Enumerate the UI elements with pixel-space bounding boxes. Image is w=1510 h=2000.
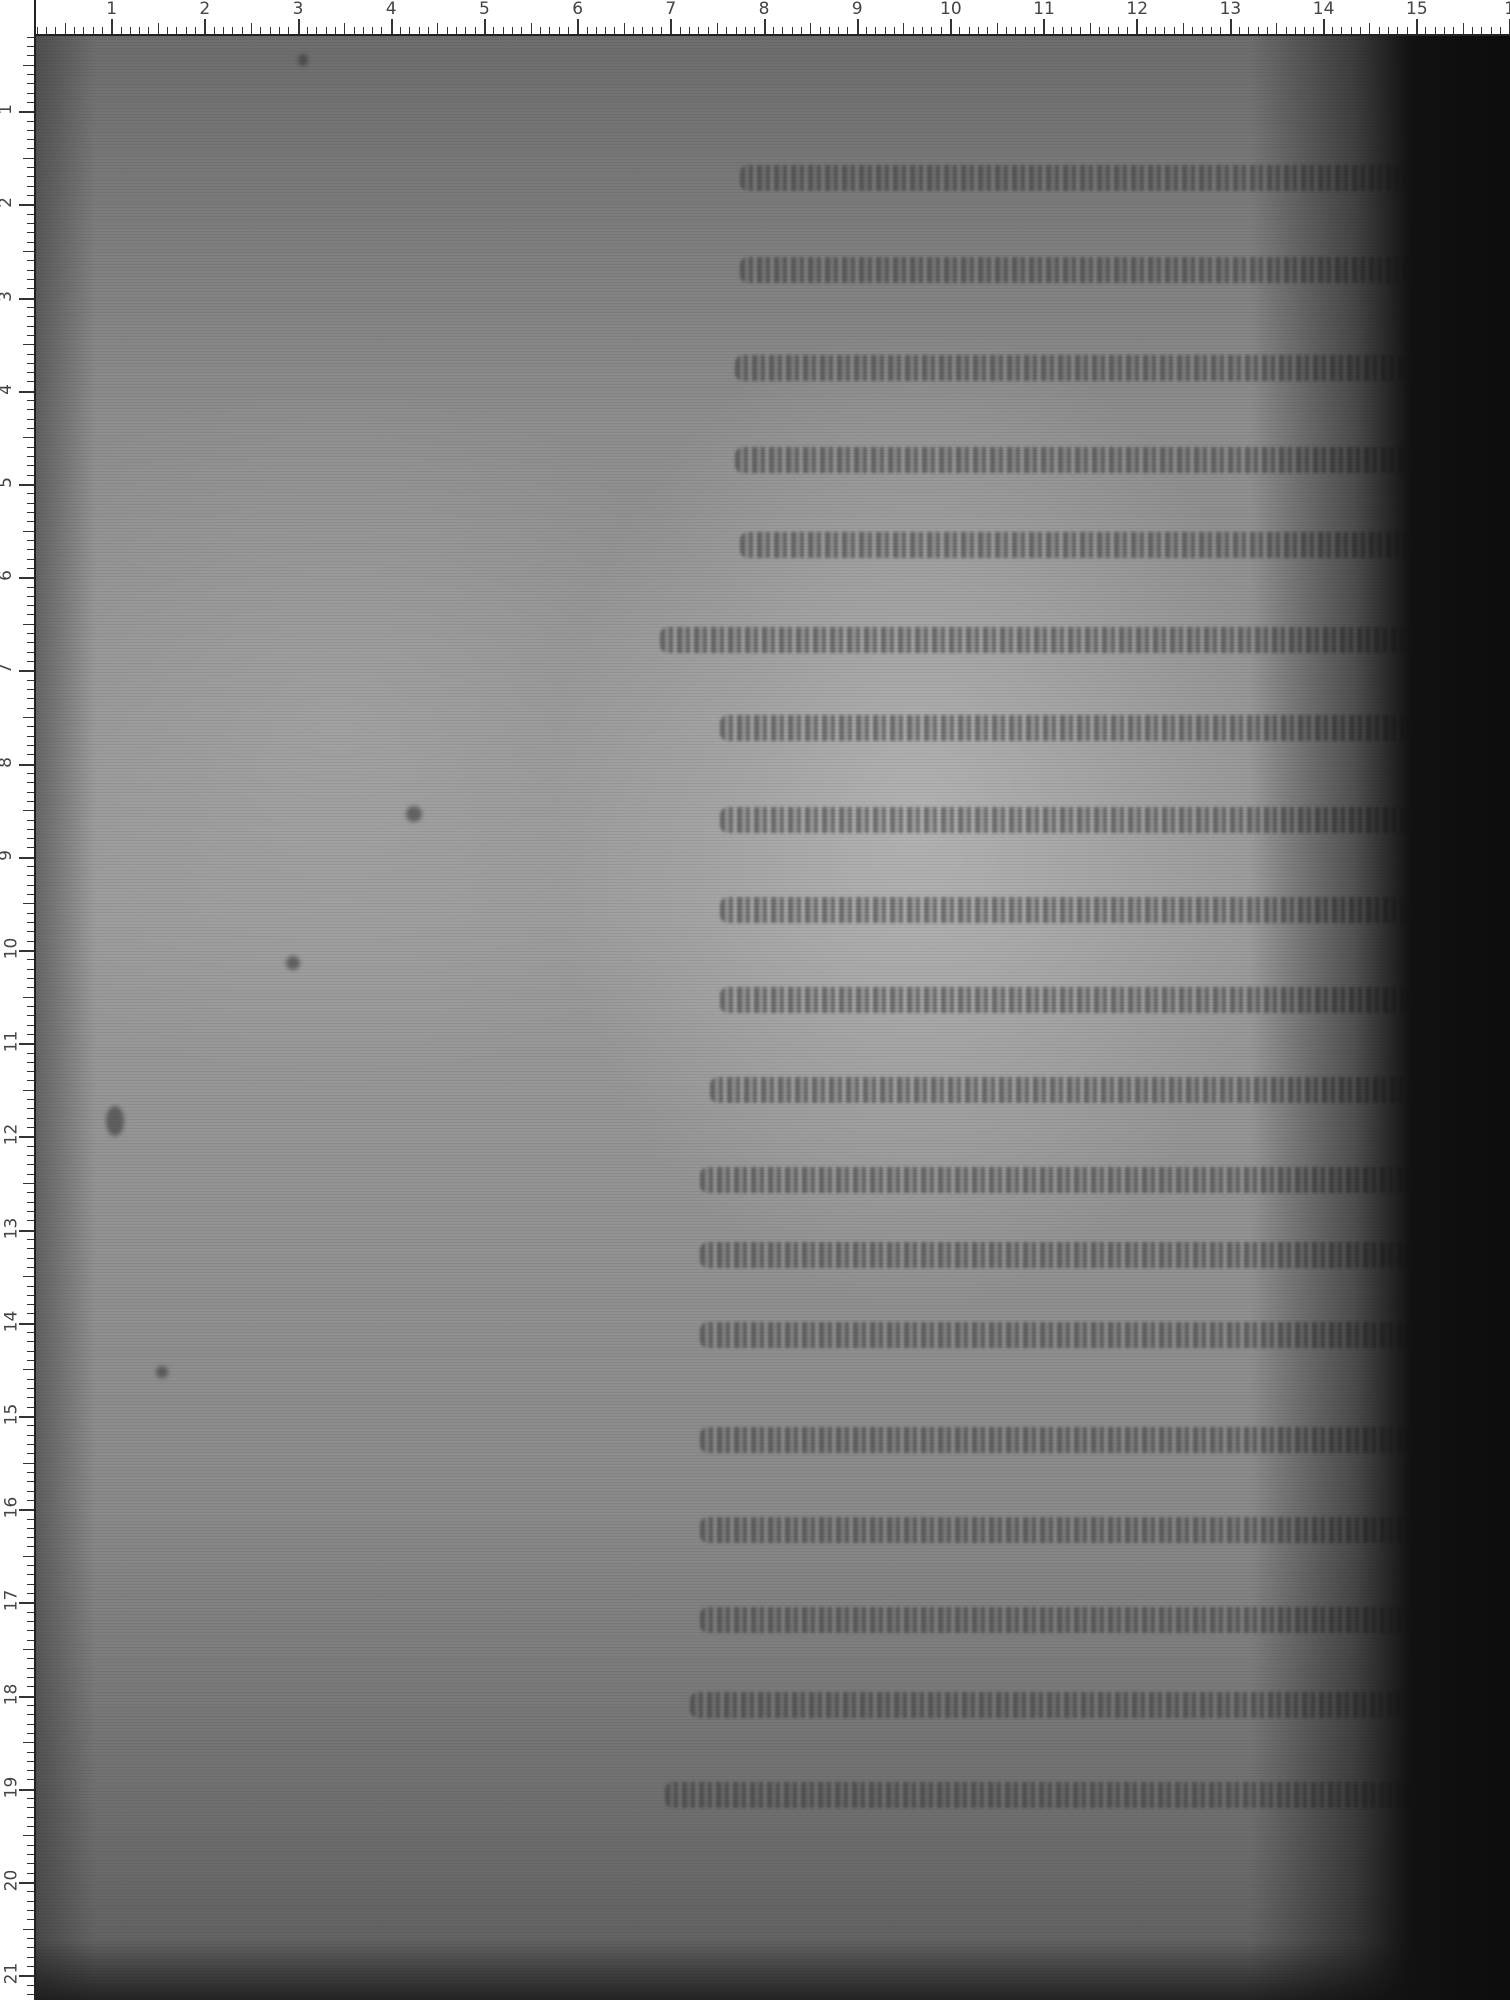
ruler-tick bbox=[186, 27, 187, 34]
ruler-tick bbox=[633, 27, 634, 34]
ruler-tick bbox=[279, 27, 280, 34]
ruler-tick bbox=[27, 1621, 34, 1622]
ruler-tick bbox=[55, 27, 56, 34]
ruler-tick bbox=[19, 1789, 34, 1791]
ruler-tick bbox=[27, 55, 34, 56]
ruler-left-label: 3 bbox=[0, 291, 15, 302]
ruler-tick bbox=[27, 93, 34, 94]
ruler-tick bbox=[27, 1565, 34, 1566]
ruler-tick bbox=[27, 1658, 34, 1659]
ruler-left-label: 20 bbox=[3, 1870, 20, 1892]
ruler-tick bbox=[19, 670, 34, 672]
ruler-tick bbox=[27, 959, 34, 960]
ruler-corner bbox=[0, 0, 34, 34]
ruler-tick bbox=[698, 27, 699, 34]
ruler-left-label: 6 bbox=[0, 570, 15, 581]
ruler-top-label: 7 bbox=[665, 1, 676, 18]
ruler-tick bbox=[27, 1779, 34, 1780]
ruler-tick bbox=[307, 27, 308, 34]
stain-spot bbox=[298, 54, 308, 66]
stain-spot bbox=[156, 1366, 168, 1378]
ruler-tick bbox=[27, 1481, 34, 1482]
ruler-tick bbox=[792, 27, 793, 34]
ruler-tick bbox=[894, 27, 895, 34]
ruler-tick bbox=[27, 74, 34, 75]
ruler-tick bbox=[121, 27, 122, 34]
ruler-tick bbox=[596, 27, 597, 34]
ruler-tick bbox=[372, 27, 373, 34]
ruler-tick bbox=[1444, 27, 1445, 34]
ruler-tick bbox=[46, 27, 47, 34]
ruler-tick bbox=[875, 27, 876, 34]
ruler-tick bbox=[27, 148, 34, 149]
ruler-tick bbox=[1341, 27, 1342, 34]
ruler-tick bbox=[27, 1677, 34, 1678]
ruler-tick bbox=[158, 23, 159, 34]
ruler-tick bbox=[1090, 23, 1091, 34]
ruler-tick bbox=[959, 27, 960, 34]
ruler-tick bbox=[503, 27, 504, 34]
ruler-tick bbox=[27, 1528, 34, 1529]
ruler-tick bbox=[1453, 27, 1454, 34]
ruler-tick bbox=[736, 27, 737, 34]
ruler-tick bbox=[27, 354, 34, 355]
ruler-tick bbox=[23, 1276, 34, 1277]
ruler-tick bbox=[1202, 27, 1203, 34]
ruler-tick bbox=[773, 27, 774, 34]
ruler-tick bbox=[19, 484, 34, 486]
ruler-top-label: 12 bbox=[1126, 1, 1148, 18]
ruler-tick bbox=[27, 680, 34, 681]
ruler-tick bbox=[1304, 27, 1305, 34]
ruler-left-label: 1 bbox=[0, 104, 15, 115]
ruler-tick bbox=[27, 279, 34, 280]
ruler-tick bbox=[559, 27, 560, 34]
ruler-tick bbox=[820, 27, 821, 34]
ruler-tick bbox=[19, 950, 34, 952]
ruler-tick bbox=[1174, 27, 1175, 34]
ruler-tick bbox=[27, 1873, 34, 1874]
ruler-tick bbox=[437, 23, 438, 34]
ruler-tick bbox=[1211, 27, 1212, 34]
ruler-tick bbox=[27, 1146, 34, 1147]
ruler-tick bbox=[27, 1985, 34, 1986]
ruler-tick bbox=[23, 1556, 34, 1557]
manuscript-page bbox=[36, 36, 1510, 2000]
ruler-tick bbox=[27, 1202, 34, 1203]
gutter-shadow bbox=[1250, 36, 1510, 2000]
ruler-tick bbox=[27, 102, 34, 103]
ruler-tick bbox=[27, 1724, 34, 1725]
ruler-tick bbox=[27, 139, 34, 140]
ruler-tick bbox=[27, 316, 34, 317]
ruler-tick bbox=[1397, 27, 1398, 34]
ruler-tick bbox=[195, 27, 196, 34]
ruler-tick bbox=[27, 782, 34, 783]
ruler-tick bbox=[19, 1509, 34, 1511]
ruler-tick bbox=[1071, 27, 1072, 34]
ruler-tick bbox=[23, 810, 34, 811]
ruler-left-label: 19 bbox=[3, 1776, 20, 1798]
ruler-tick bbox=[27, 1155, 34, 1156]
ruler-tick bbox=[27, 1127, 34, 1128]
ruler-tick bbox=[27, 1286, 34, 1287]
ruler-tick bbox=[251, 23, 252, 34]
ruler-tick bbox=[27, 521, 34, 522]
ruler-tick bbox=[27, 260, 34, 261]
ruler-left-label: 10 bbox=[3, 938, 20, 960]
ruler-left-label: 2 bbox=[0, 197, 15, 208]
ruler-tick bbox=[19, 1416, 34, 1418]
ruler-tick bbox=[27, 1714, 34, 1715]
ruler-left-label: 4 bbox=[0, 384, 15, 395]
ruler-tick bbox=[801, 27, 802, 34]
ruler-left-label: 9 bbox=[0, 850, 15, 861]
ruler-tick bbox=[782, 27, 783, 34]
ruler-tick bbox=[37, 27, 38, 34]
ruler-tick bbox=[27, 941, 34, 942]
ruler-tick bbox=[27, 1938, 34, 1939]
ruler-tick bbox=[27, 363, 34, 364]
ruler-tick bbox=[568, 27, 569, 34]
ruler-tick bbox=[27, 1174, 34, 1175]
ruler-tick bbox=[27, 167, 34, 168]
ruler-tick bbox=[23, 158, 34, 159]
ruler-tick bbox=[27, 913, 34, 914]
ruler-tick bbox=[232, 27, 233, 34]
ruler-tick bbox=[1463, 23, 1464, 34]
ruler-tick bbox=[27, 1947, 34, 1948]
ruler-tick bbox=[27, 1640, 34, 1641]
ruler-tick bbox=[93, 27, 94, 34]
ruler-tick bbox=[689, 27, 690, 34]
ruler-tick bbox=[1472, 27, 1473, 34]
ruler-tick bbox=[23, 624, 34, 625]
ruler-left-label: 7 bbox=[0, 663, 15, 674]
ruler-tick bbox=[27, 1332, 34, 1333]
ruler-left-label: 8 bbox=[0, 757, 15, 768]
ruler-tick bbox=[27, 326, 34, 327]
ruler-tick bbox=[102, 27, 103, 34]
ruler-tick bbox=[27, 1863, 34, 1864]
ruler-tick bbox=[27, 419, 34, 420]
ruler-tick bbox=[27, 1574, 34, 1575]
ruler-tick bbox=[316, 27, 317, 34]
ruler-tick bbox=[223, 27, 224, 34]
ruler-tick bbox=[27, 1966, 34, 1967]
ruler-tick bbox=[148, 27, 149, 34]
ruler-tick bbox=[139, 27, 140, 34]
ruler-tick bbox=[130, 27, 131, 34]
ruler-tick bbox=[363, 27, 364, 34]
ruler-tick bbox=[27, 46, 34, 47]
ruler-tick bbox=[23, 1929, 34, 1930]
ruler-tick bbox=[1323, 19, 1325, 34]
ruler-tick bbox=[27, 335, 34, 336]
ruler-tick bbox=[726, 27, 727, 34]
ruler-tick bbox=[838, 27, 839, 34]
ruler-tick bbox=[1183, 23, 1184, 34]
ruler-tick bbox=[19, 577, 34, 579]
ruler-tick bbox=[391, 19, 393, 34]
ruler-tick bbox=[65, 23, 66, 34]
ruler-tick bbox=[27, 969, 34, 970]
ruler-tick bbox=[997, 23, 998, 34]
ruler-tick bbox=[19, 111, 34, 113]
ruler-tick bbox=[27, 1164, 34, 1165]
ruler-tick bbox=[27, 1006, 34, 1007]
ruler-tick bbox=[717, 23, 718, 34]
ruler-tick bbox=[661, 27, 662, 34]
ruler-tick bbox=[521, 27, 522, 34]
ruler-left-label: 18 bbox=[3, 1683, 20, 1705]
ruler-tick bbox=[27, 866, 34, 867]
ruler-tick bbox=[428, 27, 429, 34]
ruler-tick bbox=[23, 65, 34, 66]
ruler-tick bbox=[27, 1071, 34, 1072]
ruler-left-label: 15 bbox=[3, 1404, 20, 1426]
ruler-tick bbox=[409, 27, 410, 34]
ruler-tick bbox=[969, 27, 970, 34]
ruler-tick bbox=[27, 37, 34, 38]
ruler-tick bbox=[27, 1444, 34, 1445]
ruler-tick bbox=[27, 1854, 34, 1855]
ruler-tick bbox=[866, 27, 867, 34]
ruler-top-label: 6 bbox=[572, 1, 583, 18]
ruler-tick bbox=[204, 19, 206, 34]
ruler-tick bbox=[19, 764, 34, 766]
ruler-tick bbox=[27, 232, 34, 233]
ruler-tick bbox=[27, 1612, 34, 1613]
ruler-tick bbox=[1080, 27, 1081, 34]
ruler-tick bbox=[27, 1080, 34, 1081]
ruler-tick bbox=[19, 391, 34, 393]
ruler-tick bbox=[27, 1379, 34, 1380]
ruler-tick bbox=[27, 1770, 34, 1771]
ruler-tick bbox=[27, 633, 34, 634]
ruler-tick bbox=[1388, 27, 1389, 34]
ruler-tick bbox=[27, 801, 34, 802]
ruler-tick bbox=[27, 1798, 34, 1799]
ruler-tick bbox=[19, 204, 34, 206]
ruler-top-label: 14 bbox=[1313, 1, 1335, 18]
ruler-top-label: 1 bbox=[106, 1, 117, 18]
ruler-tick bbox=[111, 19, 113, 34]
ruler-tick bbox=[27, 1453, 34, 1454]
ruler-tick bbox=[27, 176, 34, 177]
ruler-tick bbox=[27, 1686, 34, 1687]
ruler-tick bbox=[857, 19, 859, 34]
ruler-tick bbox=[1248, 27, 1249, 34]
ruler-tick bbox=[1146, 27, 1147, 34]
ruler-tick bbox=[19, 1696, 34, 1698]
stain-spot bbox=[406, 806, 422, 822]
ruler-tick bbox=[1155, 27, 1156, 34]
ruler-tick bbox=[27, 745, 34, 746]
ruler-tick bbox=[27, 1388, 34, 1389]
ruler-tick bbox=[1351, 27, 1352, 34]
ruler-left: 0123456789101112131415161718192021 bbox=[0, 0, 36, 2000]
ruler-tick bbox=[1258, 27, 1259, 34]
ruler-tick bbox=[27, 1630, 34, 1631]
ruler-tick bbox=[27, 493, 34, 494]
ruler-tick bbox=[27, 875, 34, 876]
ruler-tick bbox=[83, 27, 84, 34]
ruler-tick bbox=[27, 894, 34, 895]
ruler-tick bbox=[1220, 27, 1221, 34]
ruler-tick bbox=[27, 587, 34, 588]
ruler-tick bbox=[419, 27, 420, 34]
ruler-tick bbox=[27, 1267, 34, 1268]
ruler-tick bbox=[344, 23, 345, 34]
ruler-tick bbox=[27, 1919, 34, 1920]
ruler-tick bbox=[27, 242, 34, 243]
ruler-tick bbox=[27, 614, 34, 615]
ruler-tick bbox=[680, 27, 681, 34]
ruler-tick bbox=[941, 27, 942, 34]
ruler-top-label: 13 bbox=[1220, 1, 1242, 18]
ruler-tick bbox=[27, 223, 34, 224]
ruler-tick bbox=[27, 885, 34, 886]
ruler-tick bbox=[27, 1192, 34, 1193]
ruler-tick bbox=[354, 27, 355, 34]
ruler-tick bbox=[23, 717, 34, 718]
ruler-tick bbox=[19, 1602, 34, 1604]
ruler-tick bbox=[27, 1546, 34, 1547]
ruler-top-label: 10 bbox=[940, 1, 962, 18]
ruler-tick bbox=[27, 1239, 34, 1240]
ruler-top-label: 1 bbox=[1504, 1, 1510, 18]
ruler-tick bbox=[27, 1062, 34, 1063]
ruler-tick bbox=[27, 130, 34, 131]
ruler-left-label: 5 bbox=[0, 477, 15, 488]
ruler-tick bbox=[1230, 19, 1232, 34]
ruler-tick bbox=[27, 1118, 34, 1119]
ruler-tick bbox=[27, 642, 34, 643]
ruler-left-label: 16 bbox=[3, 1497, 20, 1519]
ruler-tick bbox=[1034, 27, 1035, 34]
ruler-tick bbox=[987, 27, 988, 34]
ruler-tick bbox=[214, 27, 215, 34]
ruler-tick bbox=[270, 27, 271, 34]
ruler-tick bbox=[27, 456, 34, 457]
ruler-tick bbox=[27, 1519, 34, 1520]
ruler-tick bbox=[624, 23, 625, 34]
ruler-tick bbox=[23, 1742, 34, 1743]
ruler-tick bbox=[27, 381, 34, 382]
ruler-top: 01234567891011121314151 bbox=[0, 0, 1510, 36]
ruler-tick bbox=[540, 27, 541, 34]
ruler-tick bbox=[1313, 27, 1314, 34]
ruler-tick bbox=[1276, 23, 1277, 34]
ruler-tick bbox=[27, 847, 34, 848]
ruler-tick bbox=[23, 903, 34, 904]
ruler-tick bbox=[27, 1491, 34, 1492]
ruler-tick bbox=[1425, 27, 1426, 34]
ruler-tick bbox=[27, 1435, 34, 1436]
ruler-tick bbox=[1099, 27, 1100, 34]
ruler-tick bbox=[1136, 19, 1138, 34]
ruler-top-label: 9 bbox=[852, 1, 863, 18]
ruler-tick bbox=[670, 19, 672, 34]
ruler-tick bbox=[19, 1043, 34, 1045]
ruler-tick bbox=[27, 829, 34, 830]
ruler-tick bbox=[810, 23, 811, 34]
ruler-tick bbox=[27, 1752, 34, 1753]
ruler-top-label: 3 bbox=[293, 1, 304, 18]
ruler-tick bbox=[298, 19, 300, 34]
ruler-tick bbox=[23, 997, 34, 998]
ruler-tick bbox=[23, 1463, 34, 1464]
ruler-tick bbox=[27, 1304, 34, 1305]
ruler-tick bbox=[326, 27, 327, 34]
ruler-tick bbox=[922, 27, 923, 34]
ruler-tick bbox=[19, 1230, 34, 1232]
ruler-tick bbox=[1118, 27, 1119, 34]
ruler-tick bbox=[27, 736, 34, 737]
ruler-tick bbox=[913, 27, 914, 34]
ruler-tick bbox=[27, 1845, 34, 1846]
ruler-tick bbox=[27, 1891, 34, 1892]
ruler-tick bbox=[493, 27, 494, 34]
ruler-tick bbox=[27, 83, 34, 84]
ruler-top-label: 8 bbox=[759, 1, 770, 18]
ruler-tick bbox=[27, 1472, 34, 1473]
ruler-tick bbox=[27, 792, 34, 793]
ruler-tick bbox=[475, 27, 476, 34]
ruler-tick bbox=[1053, 27, 1054, 34]
ruler-tick bbox=[950, 19, 952, 34]
ruler-tick bbox=[456, 27, 457, 34]
ruler-tick bbox=[27, 596, 34, 597]
ruler-tick bbox=[19, 1136, 34, 1138]
stain-spot bbox=[106, 1106, 124, 1136]
ruler-tick bbox=[1239, 27, 1240, 34]
ruler-tick bbox=[1108, 27, 1109, 34]
ruler-tick bbox=[708, 27, 709, 34]
ruler-left-label: 11 bbox=[3, 1031, 20, 1053]
ruler-top-label: 4 bbox=[386, 1, 397, 18]
ruler-tick bbox=[1369, 23, 1370, 34]
ruler-tick bbox=[27, 1705, 34, 1706]
ruler-tick bbox=[27, 1034, 34, 1035]
ruler-tick bbox=[1491, 27, 1492, 34]
ruler-tick bbox=[549, 27, 550, 34]
ruler-tick bbox=[27, 121, 34, 122]
ruler-tick bbox=[27, 409, 34, 410]
ruler-tick bbox=[27, 1099, 34, 1100]
ruler-tick bbox=[27, 400, 34, 401]
ruler-tick bbox=[27, 1220, 34, 1221]
ruler-tick bbox=[27, 1407, 34, 1408]
ruler-tick bbox=[27, 708, 34, 709]
ruler-tick bbox=[587, 27, 588, 34]
ruler-tick bbox=[260, 27, 261, 34]
ruler-tick bbox=[27, 428, 34, 429]
stain-spot bbox=[286, 956, 300, 970]
ruler-tick bbox=[27, 372, 34, 373]
ruler-tick bbox=[27, 1108, 34, 1109]
ruler-tick bbox=[27, 1537, 34, 1538]
ruler-tick bbox=[27, 1425, 34, 1426]
ruler-tick bbox=[27, 1351, 34, 1352]
ruler-tick bbox=[847, 27, 848, 34]
ruler-top-label: 11 bbox=[1033, 1, 1055, 18]
ruler-tick bbox=[23, 1183, 34, 1184]
ruler-tick bbox=[27, 1500, 34, 1501]
ruler-tick bbox=[484, 19, 486, 34]
ruler-tick bbox=[27, 605, 34, 606]
